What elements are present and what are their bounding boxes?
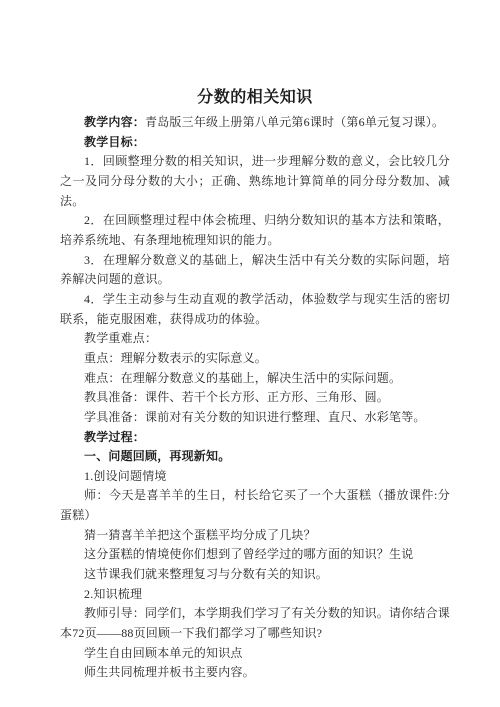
paragraph: 教学目标：: [60, 133, 450, 153]
paragraph-text: 1.创设问题情境: [84, 469, 167, 483]
paragraph-text: 教学重难点：: [84, 331, 157, 345]
paragraph: 学生自由回顾本单元的知识点: [60, 644, 450, 664]
paragraph-bold-label: 教学过程：: [84, 430, 145, 444]
paragraph: 1.创设问题情境: [60, 467, 450, 487]
paragraph-text: 3．在理解分数意义的基础上，解决生活中有关分数的实际问题，培养解决问题的意识。: [60, 253, 450, 287]
paragraph-text: 这节课我们就来整理复习与分数有关的知识。: [84, 567, 328, 581]
paragraph-bold-label: 教学目标：: [84, 135, 145, 149]
paragraph-text: 这分蛋糕的情境使你们想到了曾经学过的哪方面的知识？生说: [84, 547, 413, 561]
paragraph-text: 教具准备：课件、若干个长方形、正方形、三角形、圆。: [84, 390, 389, 404]
paragraph: 师：今天是喜羊羊的生日，村长给它买了一个大蛋糕（播放课件:分蛋糕）: [60, 486, 450, 525]
paragraph: 学具准备：课前对有关分数的知识进行整理、直尺、水彩笔等。: [60, 408, 450, 428]
paragraph-text: 猜一猜喜羊羊把这个蛋糕平均分成了几块？: [84, 528, 316, 542]
paragraph: 重点：理解分数表示的实际意义。: [60, 349, 450, 369]
lesson-plan-document: 分数的相关知识 教学内容：青岛版三年级上册第八单元第6课时（第6单元复习课）。教…: [60, 86, 450, 683]
paragraph-text: 4．学生主动参与生动直观的教学活动，体验数学与现实生活的密切联系，能克服困难，获…: [60, 292, 450, 326]
paragraph: 这节课我们就来整理复习与分数有关的知识。: [60, 565, 450, 585]
paragraph-text: 2.知识梳理: [84, 587, 142, 601]
document-title: 分数的相关知识: [60, 86, 450, 110]
paragraph: 教学重难点：: [60, 329, 450, 349]
paragraph: 猜一猜喜羊羊把这个蛋糕平均分成了几块？: [60, 526, 450, 546]
paragraph-bold-label: 教学内容：: [84, 115, 145, 129]
document-page: 分数的相关知识 教学内容：青岛版三年级上册第八单元第6课时（第6单元复习课）。教…: [0, 0, 500, 707]
paragraph: 2.知识梳理: [60, 585, 450, 605]
paragraph-text: 教师引导：同学们，本学期我们学习了有关分数的知识。请你结合课本72页——88页回…: [60, 606, 450, 640]
paragraph-text: 青岛版三年级上册第八单元第6课时（第6单元复习课）。: [145, 115, 444, 129]
paragraph: 3．在理解分数意义的基础上，解决生活中有关分数的实际问题，培养解决问题的意识。: [60, 251, 450, 290]
paragraph: 一、问题回顾，再现新知。: [60, 447, 450, 467]
paragraph: 这分蛋糕的情境使你们想到了曾经学过的哪方面的知识？生说: [60, 545, 450, 565]
paragraph-bold-label: 一、问题回顾，再现新知。: [84, 449, 230, 463]
paragraph-text: 师：今天是喜羊羊的生日，村长给它买了一个大蛋糕（播放课件:分蛋糕）: [60, 488, 450, 522]
paragraph: 2．在回顾整理过程中体会梳理、归纳分数知识的基本方法和策略，培养系统地、有条理地…: [60, 211, 450, 250]
paragraph-text: 2．在回顾整理过程中体会梳理、归纳分数知识的基本方法和策略，培养系统地、有条理地…: [60, 213, 450, 247]
paragraph-text: 难点：在理解分数意义的基础上，解决生活中的实际问题。: [84, 371, 401, 385]
paragraph: 师生共同梳理并板书主要内容。: [60, 663, 450, 683]
paragraph: 教学过程：: [60, 428, 450, 448]
document-body: 教学内容：青岛版三年级上册第八单元第6课时（第6单元复习课）。教学目标：1．回顾…: [60, 113, 450, 683]
paragraph: 教师引导：同学们，本学期我们学习了有关分数的知识。请你结合课本72页——88页回…: [60, 604, 450, 643]
paragraph-text: 学具准备：课前对有关分数的知识进行整理、直尺、水彩笔等。: [84, 410, 426, 424]
paragraph: 教学内容：青岛版三年级上册第八单元第6课时（第6单元复习课）。: [60, 113, 450, 133]
paragraph: 难点：在理解分数意义的基础上，解决生活中的实际问题。: [60, 369, 450, 389]
paragraph-text: 重点：理解分数表示的实际意义。: [84, 351, 267, 365]
paragraph: 教具准备：课件、若干个长方形、正方形、三角形、圆。: [60, 388, 450, 408]
paragraph: 4．学生主动参与生动直观的教学活动，体验数学与现实生活的密切联系，能克服困难，获…: [60, 290, 450, 329]
paragraph: 1．回顾整理分数的相关知识，进一步理解分数的意义，会比较几分之一及同分母分数的大…: [60, 152, 450, 211]
paragraph-text: 师生共同梳理并板书主要内容。: [84, 665, 255, 679]
paragraph-text: 学生自由回顾本单元的知识点: [84, 646, 243, 660]
paragraph-text: 1．回顾整理分数的相关知识，进一步理解分数的意义，会比较几分之一及同分母分数的大…: [60, 154, 450, 207]
